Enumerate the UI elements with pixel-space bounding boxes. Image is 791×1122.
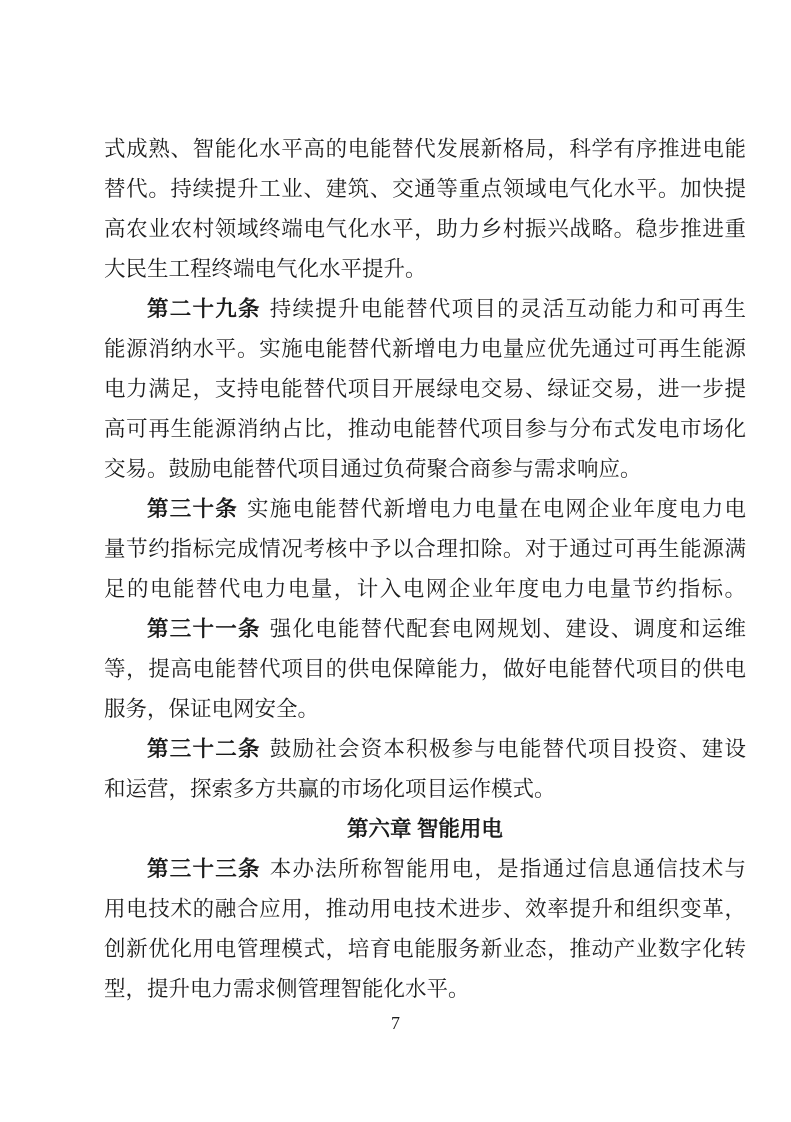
article-line: 第三十二条鼓励社会资本积极参与电能替代项目投资、建设: [104, 729, 746, 769]
article-line: 和运营，探索多方共赢的市场化项目运作模式。: [104, 769, 746, 809]
article-number: 第三十二条: [147, 737, 261, 761]
paragraph-line: 式成熟、智能化水平高的电能替代发展新格局，科学有序推进电能: [104, 129, 746, 169]
article-line: 第三十一条强化电能替代配套电网规划、建设、调度和运维: [104, 609, 746, 649]
article-number: 第二十九条: [147, 297, 261, 321]
article-line: 用电技术的融合应用，推动用电技术进步、效率提升和组织变革，: [104, 889, 746, 929]
article-number: 第三十一条: [147, 617, 261, 641]
article-line: 足的电能替代电力电量，计入电网企业年度电力电量节约指标。: [104, 569, 746, 609]
paragraph-line: 替代。持续提升工业、建筑、交通等重点领域电气化水平。加快提: [104, 169, 746, 209]
article-line: 电力满足，支持电能替代项目开展绿电交易、绿证交易，进一步提: [104, 369, 746, 409]
article-line: 能源消纳水平。实施电能替代新增电力电量应优先通过可再生能源: [104, 329, 746, 369]
document-page: 式成熟、智能化水平高的电能替代发展新格局，科学有序推进电能替代。持续提升工业、建…: [0, 0, 791, 1122]
article-line: 量节约指标完成情况考核中予以合理扣除。对于通过可再生能源满: [104, 529, 746, 569]
page-number: 7: [0, 1011, 791, 1035]
article-text: 鼓励社会资本积极参与电能替代项目投资、建设: [270, 737, 746, 761]
chapter-heading: 第六章 智能用电: [104, 809, 746, 849]
article-line: 等，提高电能替代项目的供电保障能力，做好电能替代项目的供电: [104, 649, 746, 689]
article-text: 本办法所称智能用电，是指通过信息通信技术与: [270, 857, 746, 881]
article-number: 第三十条: [147, 497, 238, 521]
article-line: 高可再生能源消纳占比，推动电能替代项目参与分布式发电市场化: [104, 409, 746, 449]
article-line: 型，提升电力需求侧管理智能化水平。: [104, 969, 746, 1009]
article-line: 交易。鼓励电能替代项目通过负荷聚合商参与需求响应。: [104, 449, 746, 489]
article-line: 创新优化用电管理模式，培育电能服务新业态，推动产业数字化转: [104, 929, 746, 969]
article-number: 第三十三条: [147, 857, 261, 881]
article-text: 持续提升电能替代项目的灵活互动能力和可再生: [270, 297, 746, 321]
article-text: 实施电能替代新增电力电量在电网企业年度电力电: [247, 497, 746, 521]
article-text: 强化电能替代配套电网规划、建设、调度和运维: [270, 617, 746, 641]
paragraph-line: 大民生工程终端电气化水平提升。: [104, 249, 746, 289]
article-line: 第三十三条本办法所称智能用电，是指通过信息通信技术与: [104, 849, 746, 889]
article-line: 第二十九条持续提升电能替代项目的灵活互动能力和可再生: [104, 289, 746, 329]
document-body: 式成熟、智能化水平高的电能替代发展新格局，科学有序推进电能替代。持续提升工业、建…: [104, 129, 746, 1009]
article-line: 第三十条实施电能替代新增电力电量在电网企业年度电力电: [104, 489, 746, 529]
article-line: 服务，保证电网安全。: [104, 689, 746, 729]
paragraph-line: 高农业农村领域终端电气化水平，助力乡村振兴战略。稳步推进重: [104, 209, 746, 249]
